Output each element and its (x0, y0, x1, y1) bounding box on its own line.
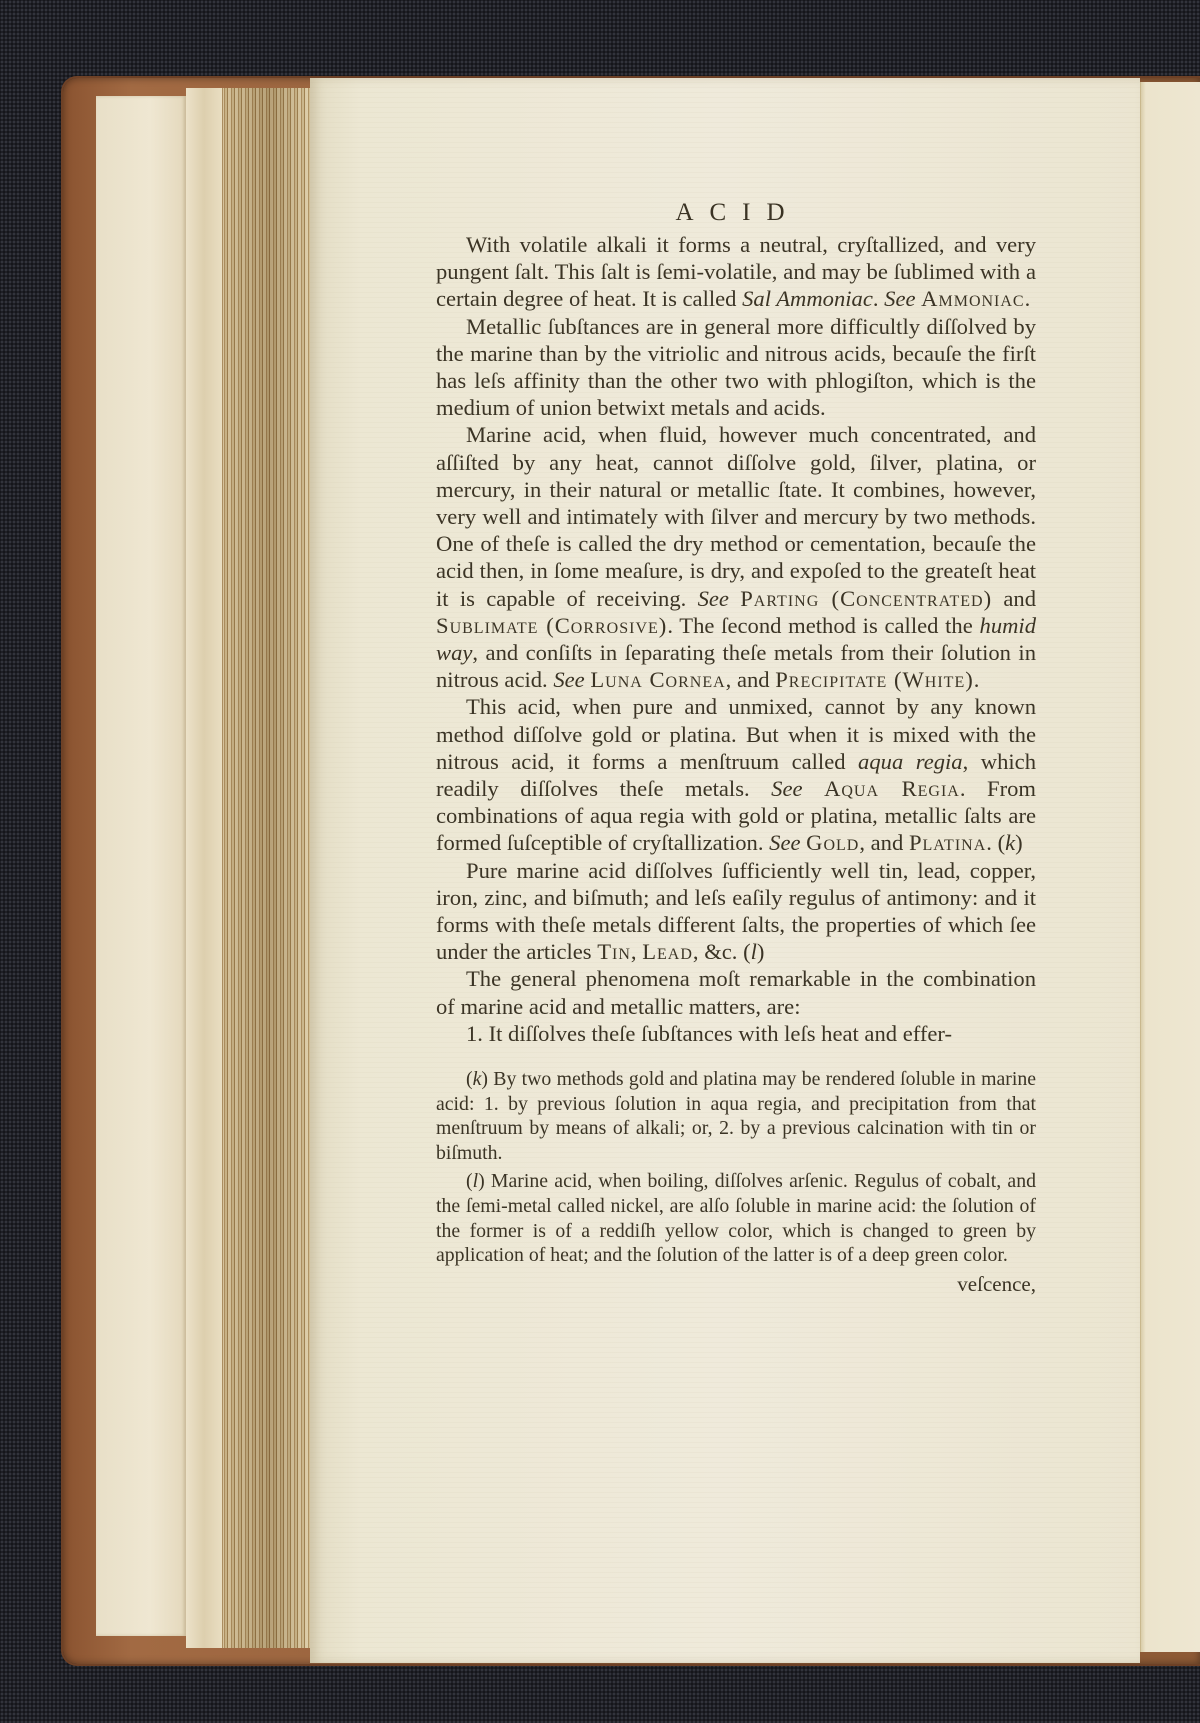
catchword: veſcence, (436, 1272, 1036, 1297)
paragraph: Pure marine acid diſſolves ſufficiently … (436, 857, 1036, 966)
book-page: ACID With volatile alkali it forms a neu… (310, 78, 1140, 1663)
flyleaf (96, 96, 186, 1636)
footnotes: (k) By two methods gold and platina may … (436, 1067, 1036, 1268)
footnote-k: (k) By two methods gold and platina may … (436, 1067, 1036, 1165)
page-stack-edge (186, 88, 310, 1648)
paragraph: Metallic ſubſtances are in general more … (436, 313, 1036, 422)
paragraph: This acid, when pure and unmixed, cannot… (436, 693, 1036, 856)
paragraph: Marine acid, when fluid, however much co… (436, 421, 1036, 693)
text-block: ACID With volatile alkali it forms a neu… (436, 198, 1036, 1297)
paragraph: With volatile alkali it forms a neutral,… (436, 231, 1036, 313)
running-head: ACID (424, 198, 1036, 231)
body-text: With volatile alkali it forms a neutral,… (436, 231, 1036, 1047)
paragraph: 1. It diſſolves theſe ſubſtances with le… (436, 1020, 1036, 1047)
facing-page-edge (1140, 82, 1200, 1652)
footnote-l: (l) Marine acid, when boiling, diſſolves… (436, 1169, 1036, 1267)
paragraph: The general phenomena moſt remarkable in… (436, 965, 1036, 1019)
